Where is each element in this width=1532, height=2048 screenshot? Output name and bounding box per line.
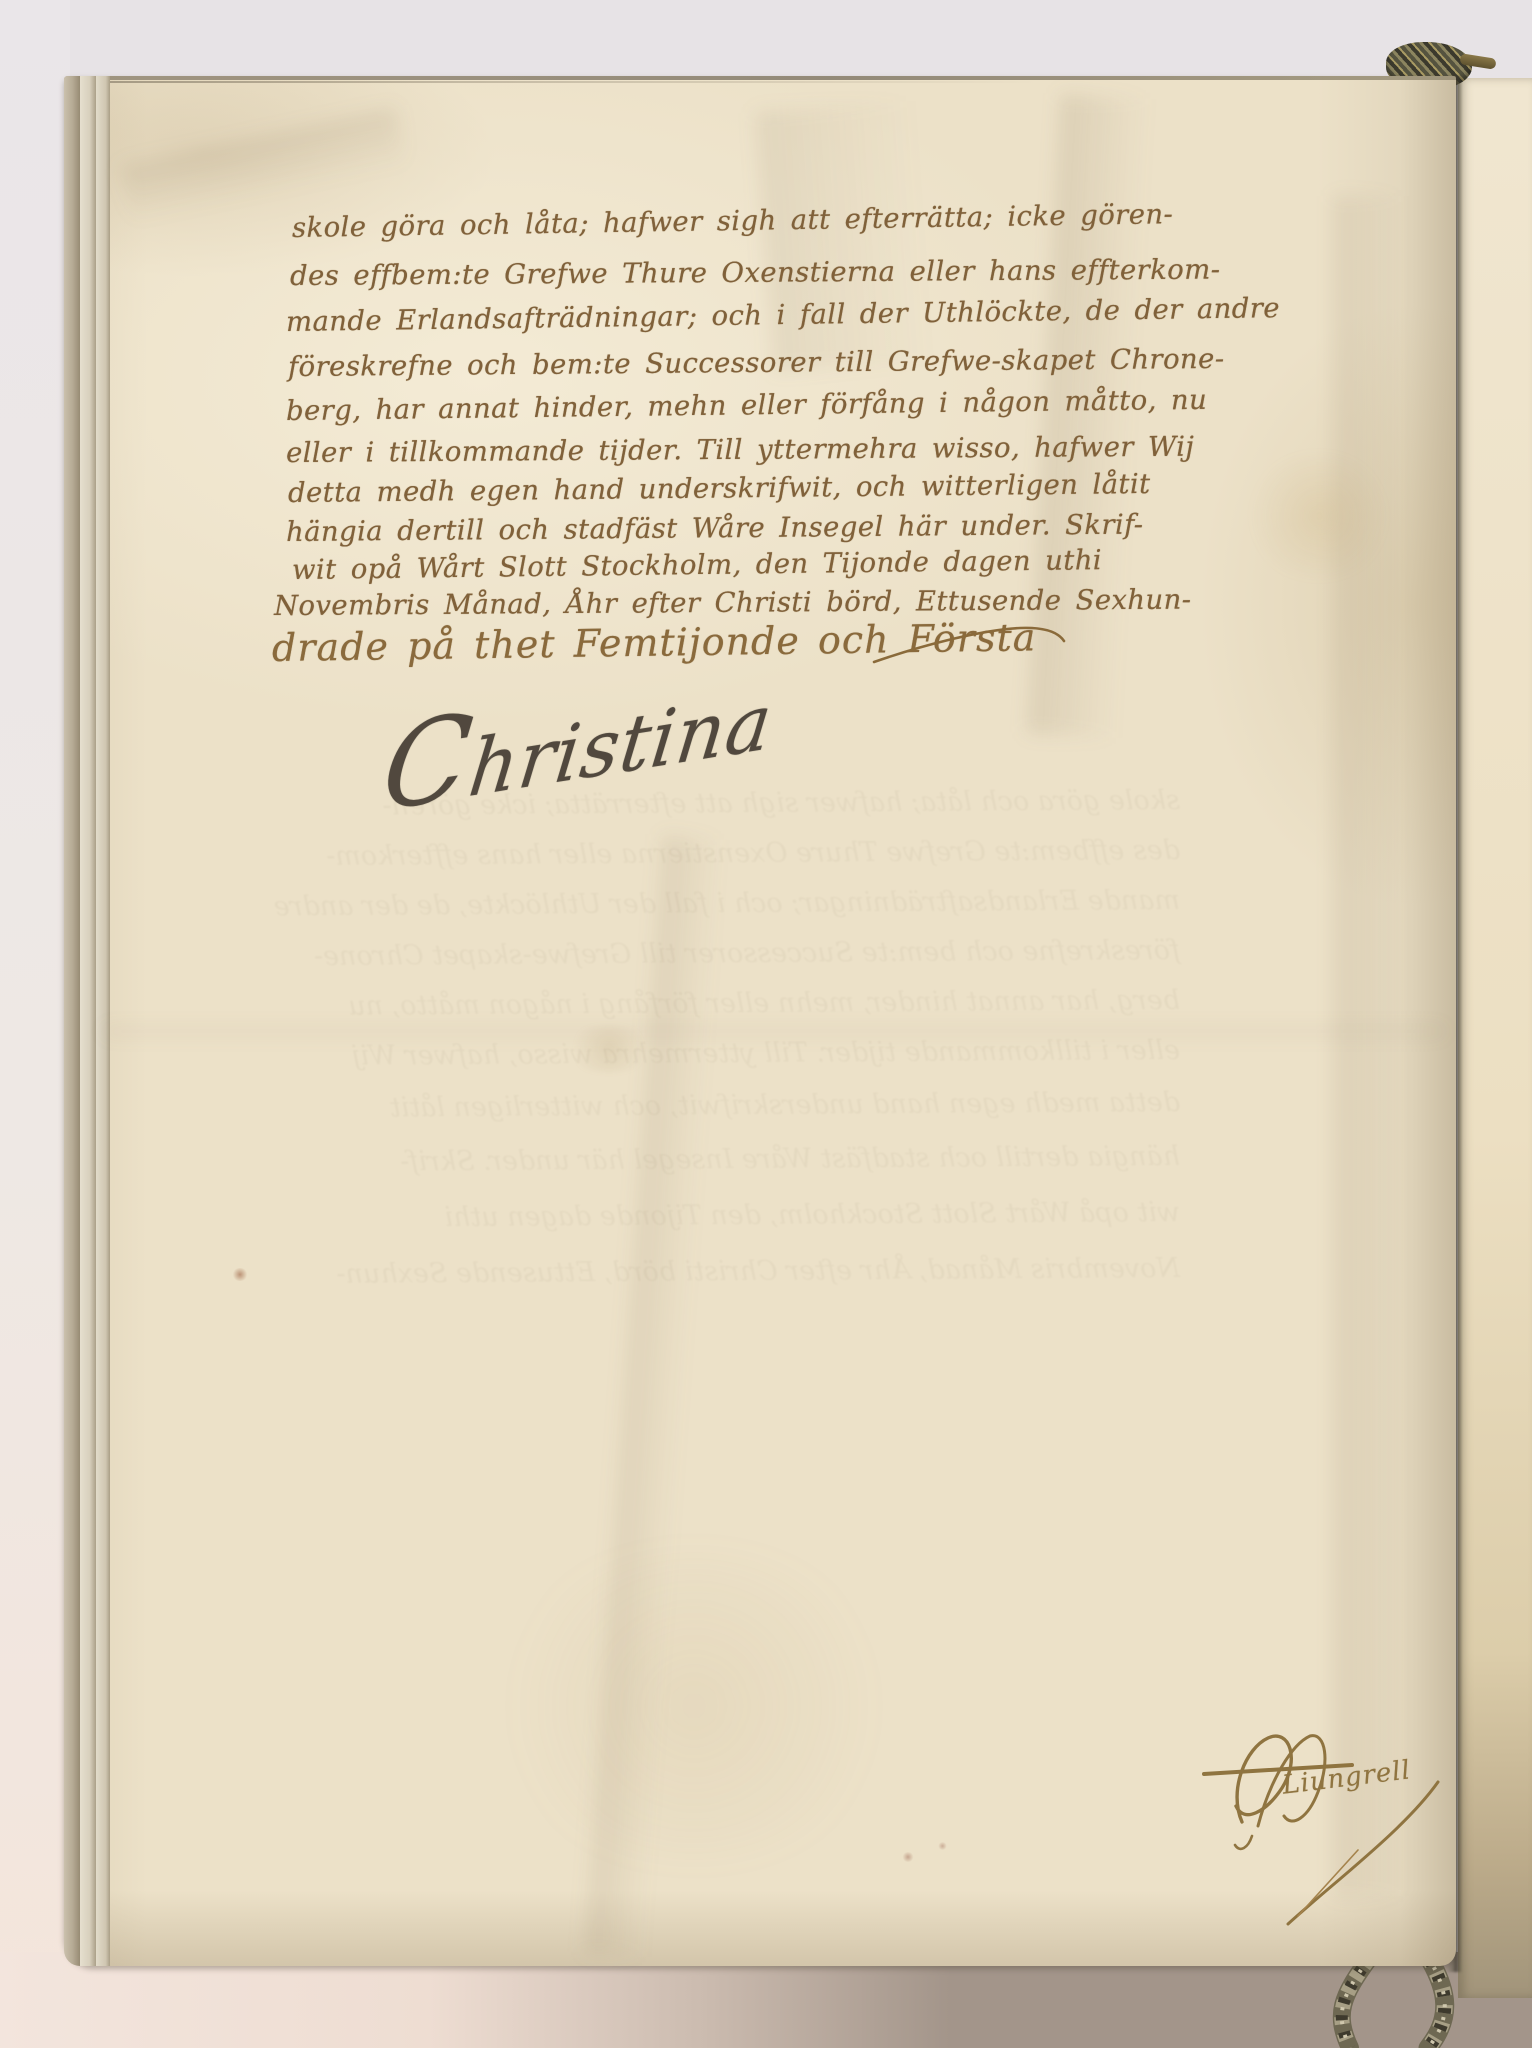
bleed-through-line: föreskrefne och bem:te Successorer till … [290,935,1180,972]
sheet-edge-stack [80,76,96,1966]
bleed-through-line: berg, har annat hinder, mehn eller förfå… [290,985,1180,1022]
manuscript-line: berg, har annat hinder, mehn eller förfå… [286,384,1207,427]
manuscript-page: skole göra och låta; hafwer sigh att eft… [64,76,1456,1966]
manuscript-line: des effbem:te Grefwe Thure Oxenstierna e… [290,254,1221,292]
sheet-edge-stack [96,76,110,1966]
paper-crease [104,1028,1444,1038]
ink-stain [232,1268,248,1281]
bleed-through-line: eller i tillkommande tijder. Till ytterm… [290,1035,1180,1072]
paper-wrinkle [121,108,407,225]
manuscript-line: wit opå Wårt Slott Stockholm, den Tijond… [292,544,1102,586]
manuscript-line: skole göra och låta; hafwer sigh att eft… [292,198,1174,244]
ink-stain [902,1852,914,1862]
bleed-through-line: detta medh egen hand underskrifwit, och … [290,1087,1180,1124]
manuscript-line: mande Erlandsafträdningar; och i fall de… [286,292,1280,338]
manuscript-line: hängia dertill och stadfäst Wåre Insegel… [286,509,1144,548]
manuscript-scan: skole göra och låta; hafwer sigh att eft… [0,0,1532,2048]
manuscript-line: eller i tillkommande tijder. Till ytterm… [286,431,1195,469]
ink-stain [938,1842,947,1850]
bleed-through-line: Novembris Månad, Åhr efter Christi börd,… [290,1253,1180,1290]
sheet-edge-stack [64,76,80,1966]
foxing-stain [484,1556,904,1856]
manuscript-line: detta medh egen hand underskrifwit, och … [288,468,1151,509]
manuscript-line: föreskrefne och bem:te Successorer till … [288,343,1225,383]
bleed-through-line: hängia dertill och stadfäst Wåre Insegel… [290,1141,1180,1178]
manuscript-line: Novembris Månad, Åhr efter Christi börd,… [274,584,1192,622]
bleed-through-line: wit opå Wårt Slott Stockholm, den Tijond… [290,1197,1180,1234]
bleed-through-line: mande Erlandsafträdningar; och i fall de… [290,885,1180,922]
foxing-stain [1244,456,1394,576]
bleed-through-line: des effbem:te Grefwe Thure Oxenstierna e… [290,835,1180,872]
paper-wrinkle [1334,196,1404,1896]
